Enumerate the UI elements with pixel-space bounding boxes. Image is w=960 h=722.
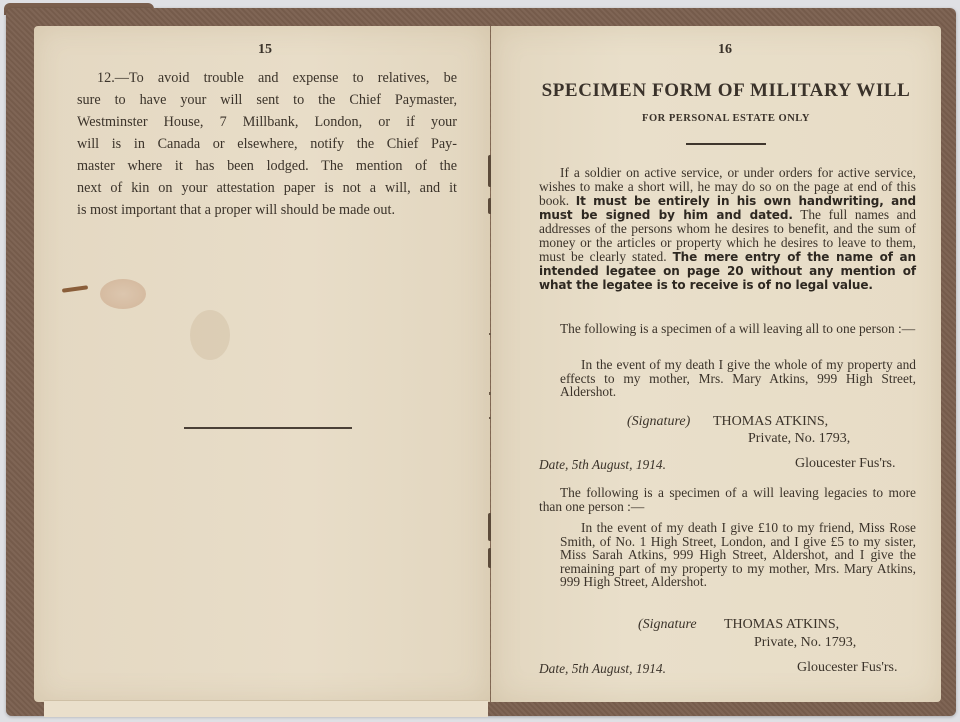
- specimen-1-rank: Private, No. 1793,: [748, 431, 850, 447]
- specimen-1-will-text: In the event of my death I give the whol…: [560, 358, 916, 399]
- left-page-paragraph: 12.—To avoid trouble and expense to rela…: [77, 67, 457, 221]
- specimen-2-will-body: In the event of my death I give £10 to m…: [560, 520, 916, 589]
- specimen-2-date: Date, 5th August, 1914.: [539, 661, 666, 677]
- right-page-number: 16: [705, 42, 745, 58]
- paragraph-line: 12.—To avoid trouble and expense to rela…: [77, 67, 457, 89]
- paragraph-line: will is in Canada or elsewhere, notify t…: [77, 133, 457, 155]
- specimen-1-signature-name: THOMAS ATKINS,: [713, 414, 828, 430]
- specimen-2-lead-text: The following is a specimen of a will le…: [539, 485, 916, 514]
- intro-paragraph: If a soldier on active service, or under…: [539, 166, 916, 292]
- specimen-1-regiment: Gloucester Fus'rs.: [795, 456, 896, 472]
- paragraph-line: sure to have your will sent to the Chief…: [77, 89, 457, 111]
- specimen-1-signature-label: (Signature): [627, 414, 690, 430]
- paragraph-line: master where it has been lodged. The men…: [77, 155, 457, 177]
- left-page-divider: [184, 427, 352, 429]
- page-title: SPECIMEN FORM OF MILITARY WILL: [530, 80, 922, 102]
- paragraph-line: is most important that a proper will sho…: [77, 199, 457, 221]
- specimen-2-lead: The following is a specimen of a will le…: [539, 486, 916, 514]
- specimen-2-will-text: In the event of my death I give £10 to m…: [560, 521, 916, 589]
- specimen-2-regiment: Gloucester Fus'rs.: [797, 660, 898, 676]
- specimen-1-lead-text: The following is a specimen of a will le…: [560, 321, 915, 336]
- title-divider: [686, 143, 766, 145]
- specimen-1-lead: The following is a specimen of a will le…: [539, 322, 916, 336]
- faint-stain: [190, 310, 230, 360]
- specimen-1-date: Date, 5th August, 1914.: [539, 457, 666, 473]
- water-stain: [100, 279, 146, 309]
- paragraph-line: next of kin on your attestation paper is…: [77, 177, 457, 199]
- left-page-number: 15: [245, 42, 285, 58]
- paragraph-line: Westminster House, 7 Millbank, London, o…: [77, 111, 457, 133]
- specimen-2-rank: Private, No. 1793,: [754, 635, 856, 651]
- specimen-1-will-body: In the event of my death I give the whol…: [560, 357, 916, 399]
- specimen-2-signature-label: (Signature: [638, 617, 697, 633]
- left-page-underleaf: [44, 700, 488, 717]
- page-subtitle: FOR PERSONAL ESTATE ONLY: [530, 113, 922, 124]
- specimen-2-signature-name: THOMAS ATKINS,: [724, 617, 839, 633]
